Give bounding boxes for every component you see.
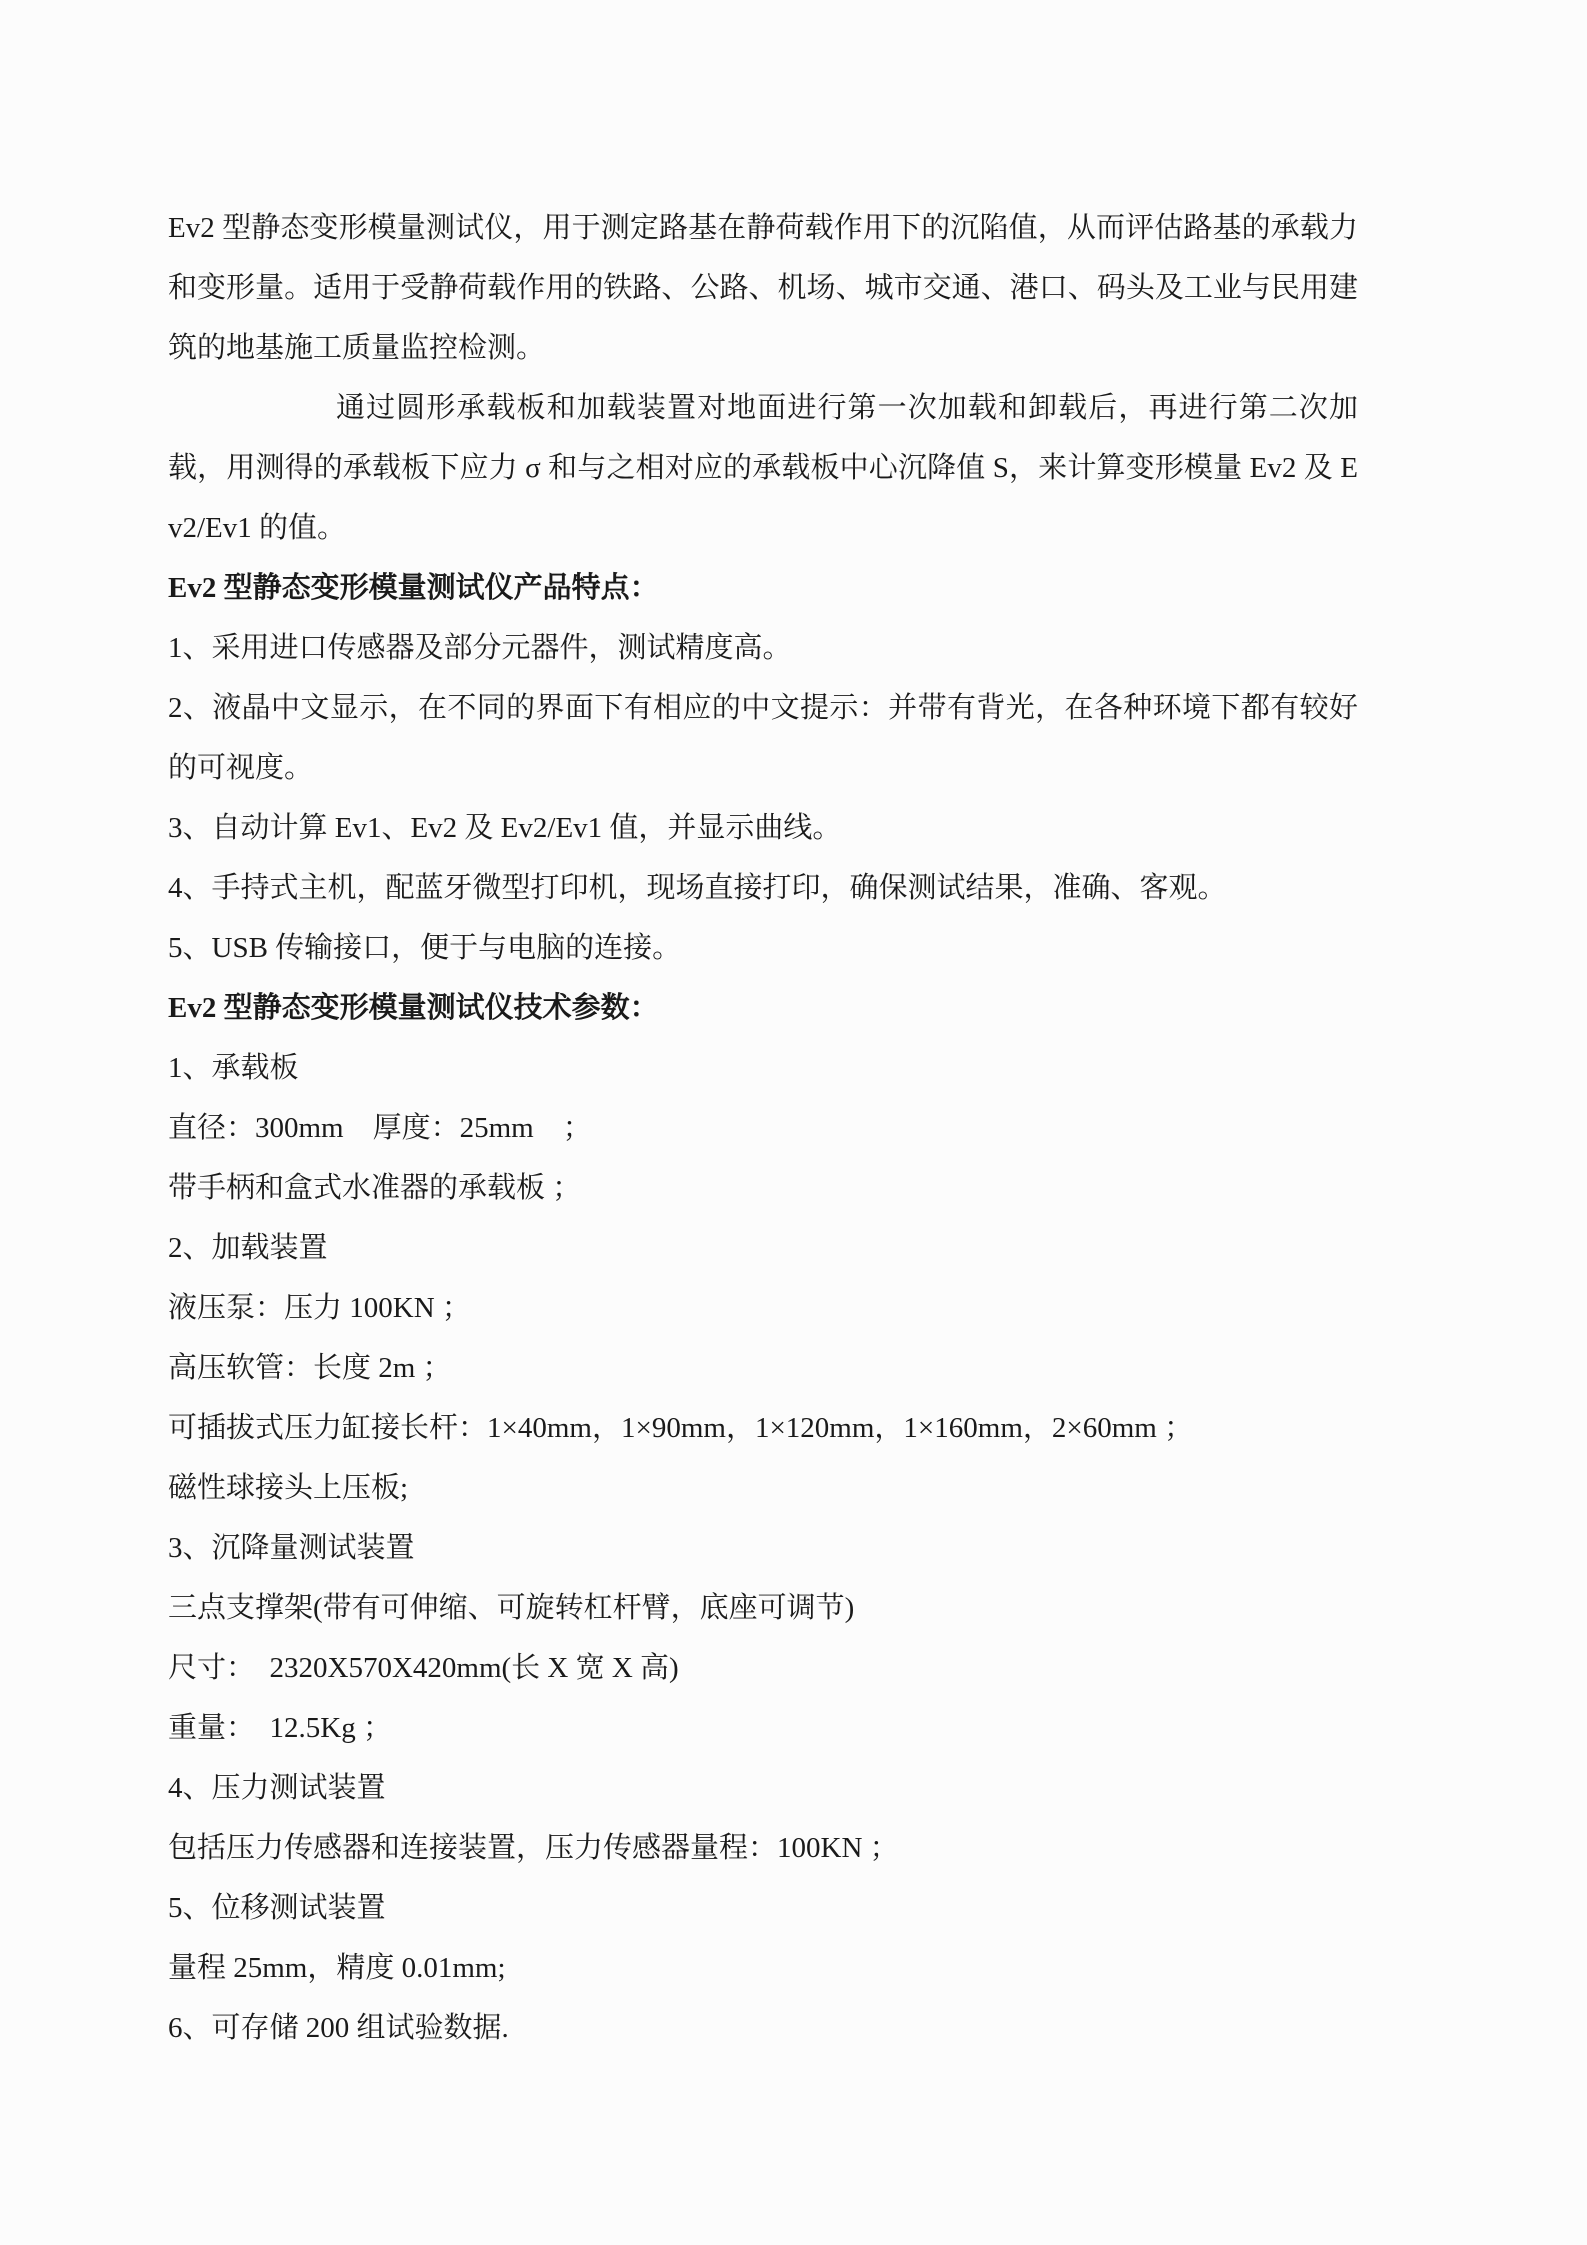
param-hydraulic-pump: 液压泵：压力 100KN ； <box>168 1278 1358 1338</box>
param-section-1-bearing-plate: 1、承载板 <box>168 1038 1358 1098</box>
param-plate-dimensions: 直径：300mm 厚度：25mm ； <box>168 1098 1358 1158</box>
param-section-3-settlement: 3、沉降量测试装置 <box>168 1518 1358 1578</box>
document-content: Ev2 型静态变形模量测试仪，用于测定路基在静荷载作用下的沉陷值，从而评估路基的… <box>168 198 1358 2058</box>
param-tripod-support: 三点支撑架(带有可伸缩、可旋转杠杆臂，底座可调节) <box>168 1578 1358 1638</box>
paragraph-product-intro: Ev2 型静态变形模量测试仪，用于测定路基在静荷载作用下的沉陷值，从而评估路基的… <box>168 198 1358 378</box>
param-displacement-range: 量程 25mm，精度 0.01mm; <box>168 1938 1358 1998</box>
feature-item-2: 2、液晶中文显示，在不同的界面下有相应的中文提示：并带有背光，在各种环境下都有较… <box>168 678 1358 798</box>
param-section-4-pressure: 4、压力测试装置 <box>168 1758 1358 1818</box>
param-magnetic-ball-joint: 磁性球接头上压板; <box>168 1458 1358 1518</box>
param-data-storage: 6、可存储 200 组试验数据. <box>168 1998 1358 2058</box>
param-tripod-size: 尺寸： 2320X570X420mm(长 X 宽 X 高) <box>168 1638 1358 1698</box>
param-section-5-displacement: 5、位移测试装置 <box>168 1878 1358 1938</box>
feature-item-3: 3、自动计算 Ev1、Ev2 及 Ev2/Ev1 值，并显示曲线。 <box>168 798 1358 858</box>
param-pressure-sensor: 包括压力传感器和连接装置，压力传感器量程：100KN ； <box>168 1818 1358 1878</box>
heading-technical-parameters: Ev2 型静态变形模量测试仪技术参数： <box>168 978 1358 1038</box>
feature-item-5: 5、USB 传输接口，便于与电脑的连接。 <box>168 918 1358 978</box>
heading-product-features: Ev2 型静态变形模量测试仪产品特点： <box>168 558 1358 618</box>
param-extension-rods: 可插拔式压力缸接长杆：1×40mm，1×90mm，1×120mm，1×160mm… <box>168 1398 1358 1458</box>
param-section-2-loading-device: 2、加载装置 <box>168 1218 1358 1278</box>
param-tripod-weight: 重量： 12.5Kg ； <box>168 1698 1358 1758</box>
feature-item-1: 1、采用进口传感器及部分元器件，测试精度高。 <box>168 618 1358 678</box>
document-page: Ev2 型静态变形模量测试仪，用于测定路基在静荷载作用下的沉陷值，从而评估路基的… <box>0 0 1587 2245</box>
param-high-pressure-hose: 高压软管：长度 2m ； <box>168 1338 1358 1398</box>
paragraph-test-method: 通过圆形承载板和加载装置对地面进行第一次加载和卸载后，再进行第二次加载，用测得的… <box>168 378 1358 558</box>
param-plate-description: 带手柄和盒式水准器的承载板 ； <box>168 1158 1358 1218</box>
feature-item-4: 4、手持式主机，配蓝牙微型打印机，现场直接打印，确保测试结果，准确、客观。 <box>168 858 1358 918</box>
